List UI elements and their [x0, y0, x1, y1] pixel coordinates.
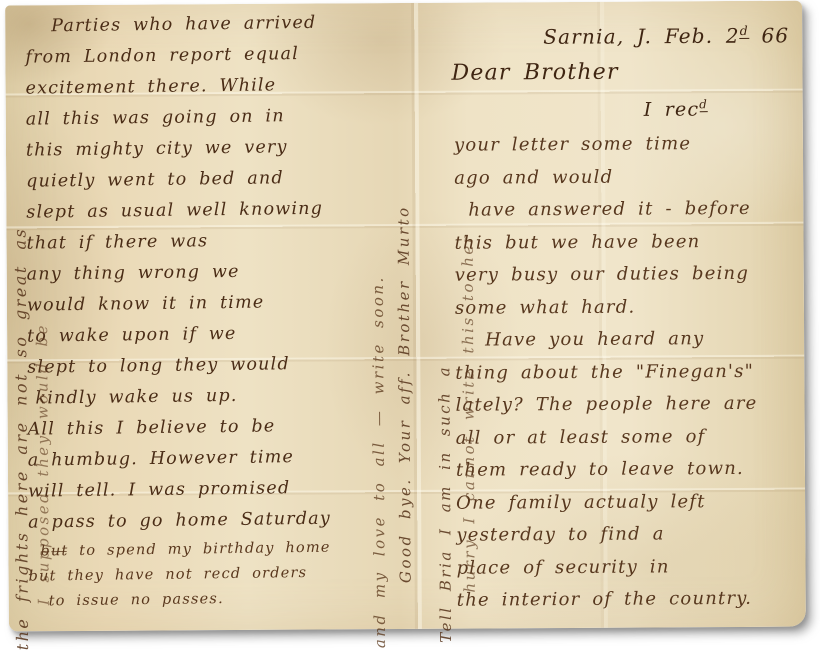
handwritten-line: Have you heard any — [455, 328, 797, 363]
handwritten-line: slept as usual well knowing — [26, 198, 404, 234]
handwritten-line: lately? The people here are — [455, 393, 797, 428]
handwritten-line: place of security in — [456, 555, 798, 590]
handwritten-line: to issue no passes. — [29, 589, 407, 619]
handwritten-line: this mighty city we very — [26, 136, 404, 172]
handwritten-line: that if there was — [26, 229, 404, 265]
handwritten-line: from London report equal — [25, 43, 403, 79]
left-page-lines: Parties who have arrived from London rep… — [25, 13, 407, 617]
handwritten-line: would know it in time — [27, 291, 405, 327]
handwritten-line: this but we have been — [454, 230, 796, 265]
salutation: Dear Brother — [451, 60, 618, 86]
handwritten-line: thing about the "Finegan's" — [455, 360, 797, 395]
dateline-text: Sarnia, J. Feb. 2 — [543, 24, 740, 49]
letter-paper: Parties who have arrived from London rep… — [5, 1, 806, 632]
handwritten-line: will tell. I was promised — [28, 477, 406, 513]
handwritten-line: some what hard. — [455, 295, 797, 330]
handwritten-line: quietly went to bed and — [26, 167, 404, 203]
handwritten-line: excitement there. While — [25, 74, 403, 110]
margin-note-left-1: the frights here are not so great as — [9, 20, 32, 650]
handwritten-line: your letter some time — [454, 133, 796, 168]
right-page-lines: your letter some time ago and would have… — [454, 133, 799, 623]
handwritten-line: a pass to go home Saturday — [28, 508, 406, 544]
letter-page-left: Parties who have arrived from London rep… — [25, 13, 407, 617]
margin-note-fold-2: Good bye. Your aff. Brother Murto — [393, 63, 414, 583]
opening-line: I recd — [644, 97, 708, 121]
handwritten-line: One family actualy left — [456, 490, 798, 525]
handwritten-line: kindly wake us up. — [27, 384, 405, 420]
margin-note-left-2: I supposed they would be — [31, 45, 52, 605]
letter-page-right: Sarnia, J. Feb. 2d 66 Dear Brother I rec… — [443, 7, 795, 9]
opening-superscript: d — [699, 97, 708, 112]
handwritten-line: all or at least some of — [456, 425, 798, 460]
handwritten-line: any thing wrong we — [27, 260, 405, 296]
margin-note-right-1: Tell Bria I am in such a — [433, 43, 455, 643]
handwritten-line: All this I believe to be — [28, 415, 406, 451]
dateline: Sarnia, J. Feb. 2d 66 — [543, 23, 789, 49]
handwritten-line: ago and would — [454, 165, 796, 200]
scanned-letter: Parties who have arrived from London rep… — [0, 0, 820, 650]
handwritten-line: a humbug. However time — [28, 446, 406, 482]
handwritten-line: slept to long they would — [27, 353, 405, 389]
handwritten-line: very busy our duties being — [455, 263, 797, 298]
handwritten-line: have answered it - before — [454, 198, 796, 233]
handwritten-line: Parties who have arrived — [25, 12, 403, 48]
handwritten-line: them ready to leave town. — [456, 458, 798, 493]
margin-note-right-2: hurry I cannot write this to her — [457, 53, 478, 593]
handwritten-line: yesterday to find a — [456, 523, 798, 558]
dateline-year: 66 — [749, 23, 790, 47]
dateline-superscript: d — [740, 23, 749, 39]
handwritten-line: to wake upon if we — [27, 322, 405, 358]
margin-note-fold-1: and my love to all — write soon. — [368, 148, 389, 648]
handwritten-line: the interior of the country. — [457, 588, 799, 623]
handwritten-line: all this was going on in — [26, 105, 404, 141]
opening-text: I rec — [644, 99, 700, 121]
